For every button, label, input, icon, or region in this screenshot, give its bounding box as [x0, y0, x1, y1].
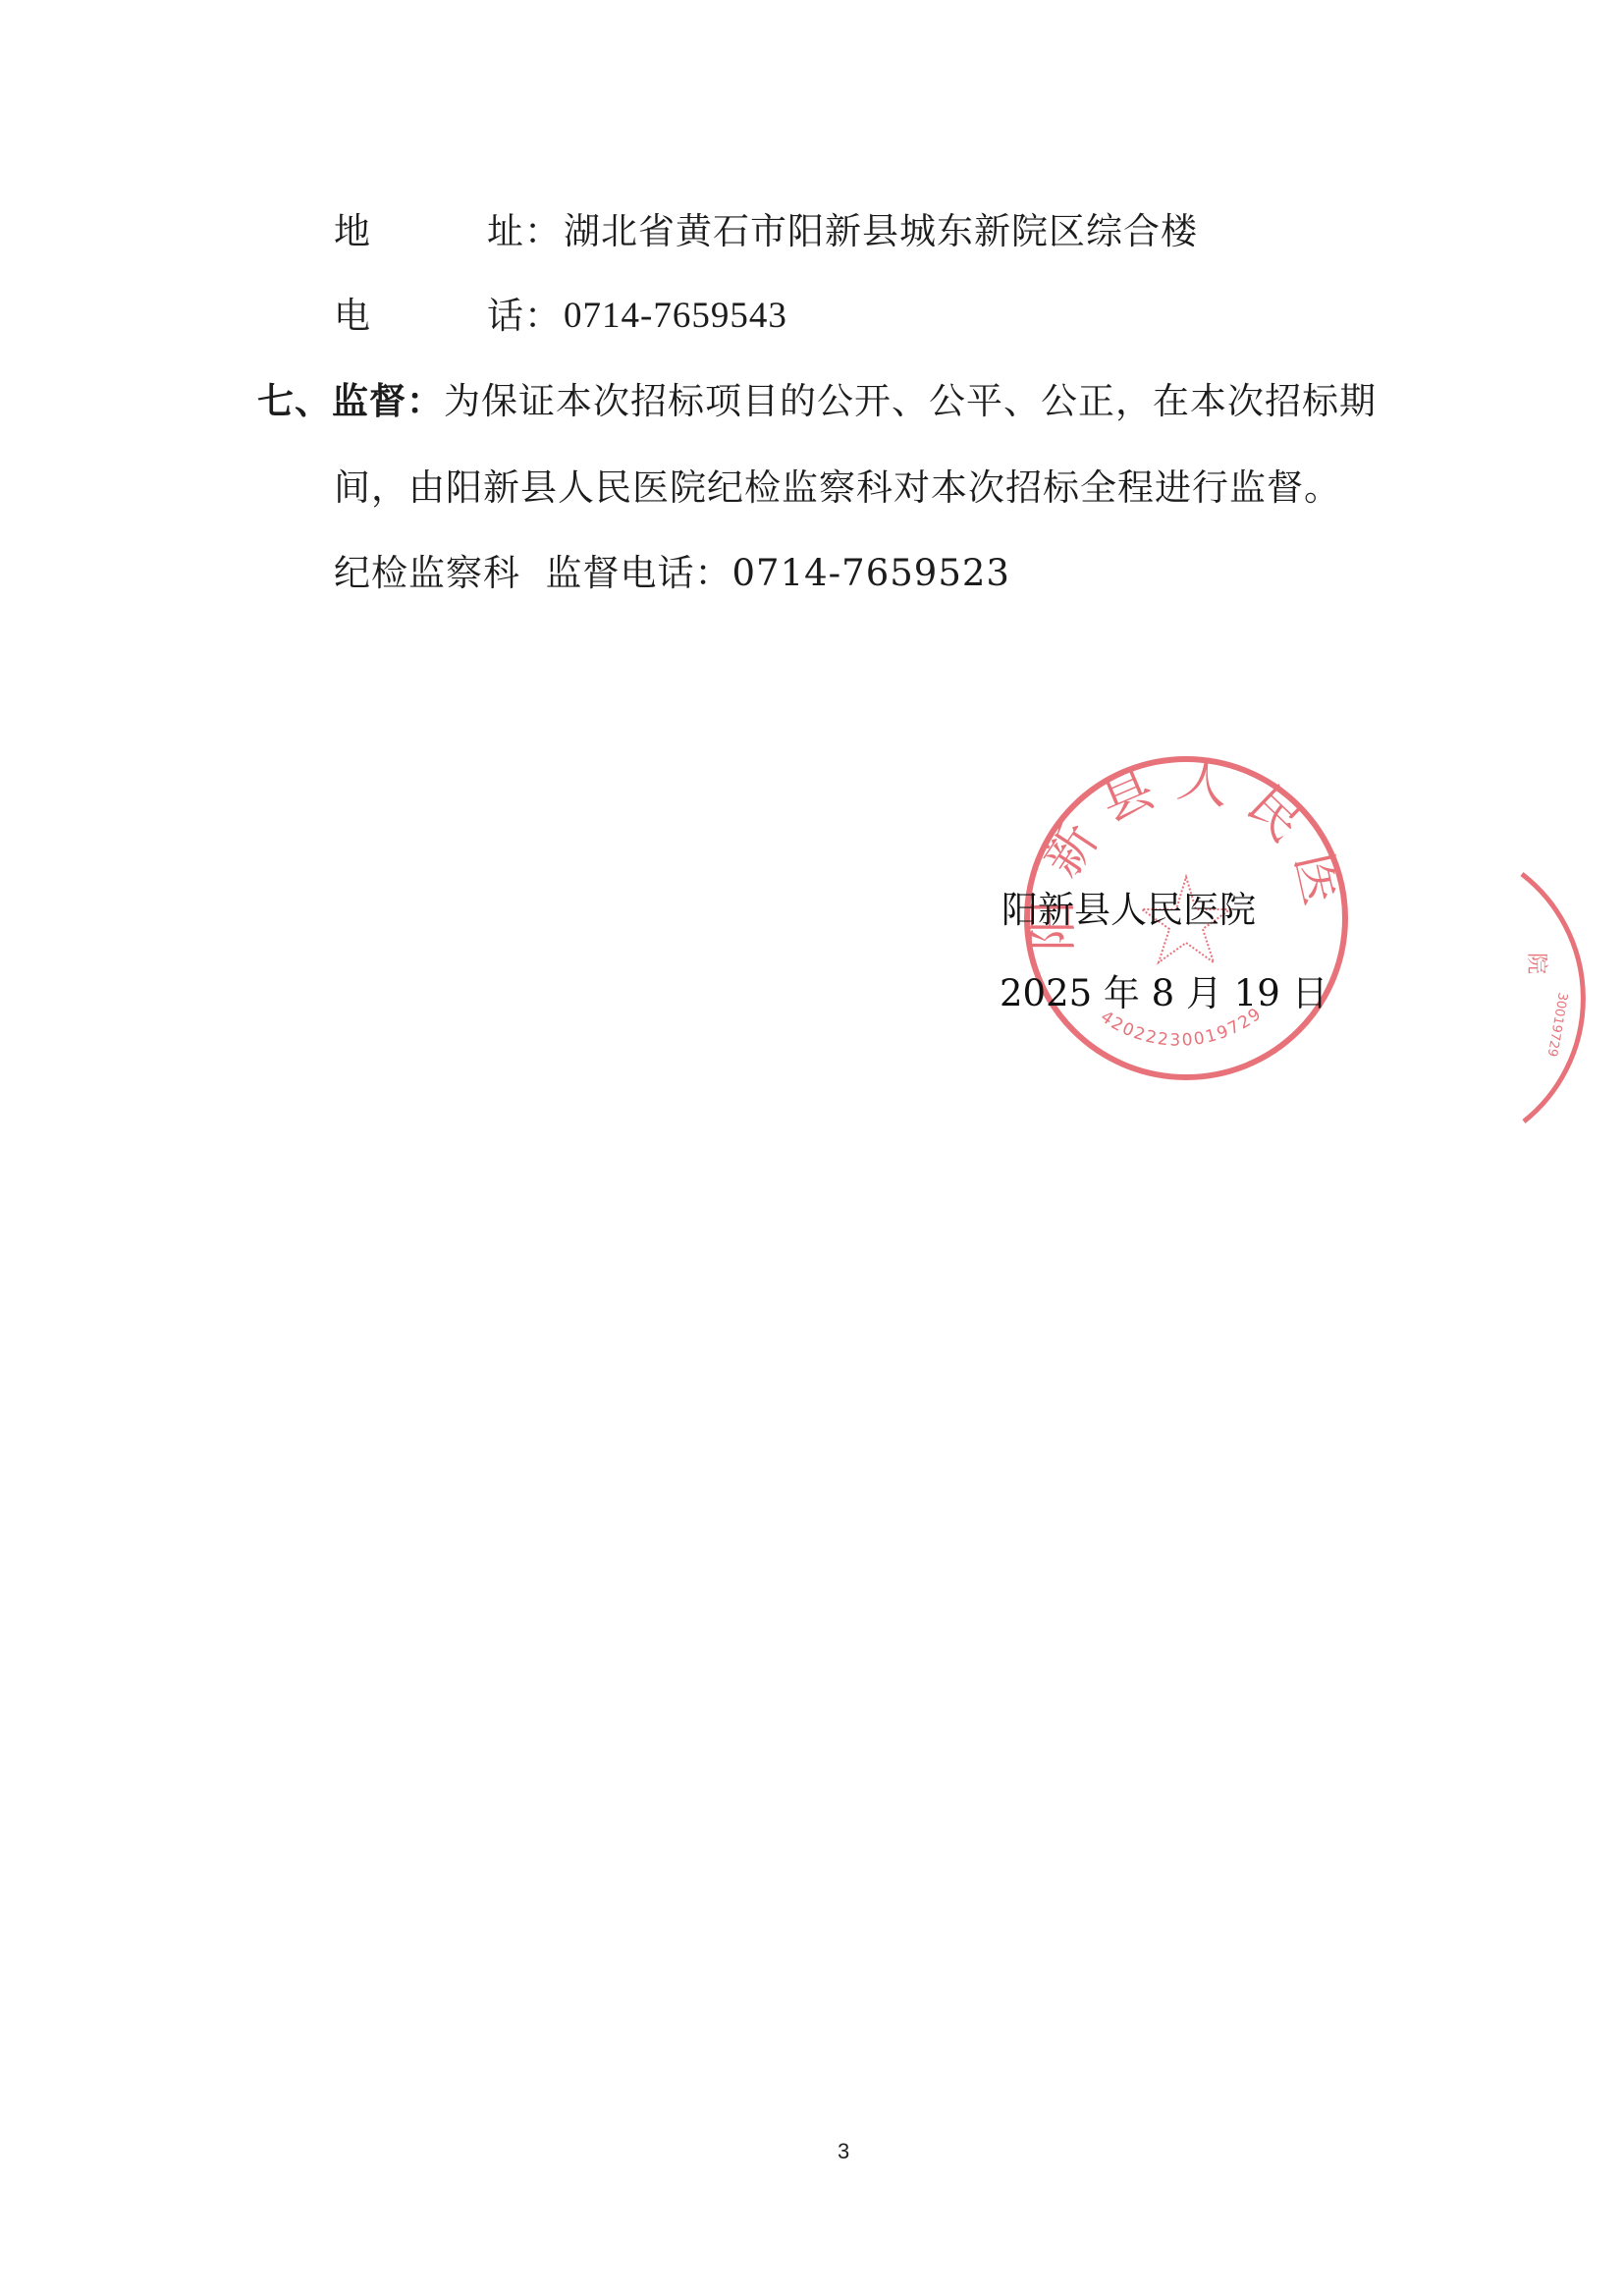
- svg-text:30019729: 30019729: [1544, 991, 1570, 1058]
- phone-label-end: 话：: [487, 295, 562, 338]
- signature-organization: 阳新县人民医院: [1001, 889, 1256, 932]
- supervision-contact: 纪检监察科 监督电话：0714-7659523: [334, 552, 1010, 595]
- svg-text:院: 院: [1524, 953, 1548, 974]
- supervision-text-1: 为保证本次招标项目的公开、公平、公正，在本次招标期: [444, 380, 1377, 422]
- partial-seal-icon: 院 30019729: [1502, 864, 1624, 1129]
- phone-label-start: 电: [334, 295, 370, 338]
- address-label-start: 地: [334, 210, 370, 253]
- document-page: 地 址： 湖北省黄石市阳新县城东新院区综合楼 电 话： 0714-7659543…: [0, 0, 1624, 2296]
- supervision-heading: 七、监督：: [257, 379, 444, 422]
- supervision-line-1: 七、监督：为保证本次招标项目的公开、公平、公正，在本次招标期: [257, 379, 1377, 423]
- address-value: 湖北省黄石市阳新县城东新院区综合楼: [564, 210, 1198, 253]
- signature-date: 2025 年 8 月 19 日: [1000, 972, 1328, 1015]
- phone-value: 0714-7659543: [564, 295, 787, 338]
- page-number: 3: [838, 2139, 849, 2164]
- address-label-end: 址：: [487, 210, 562, 253]
- supervision-line-2: 间，由阳新县人民医院纪检监察科对本次招标全程进行监督。: [334, 466, 1341, 510]
